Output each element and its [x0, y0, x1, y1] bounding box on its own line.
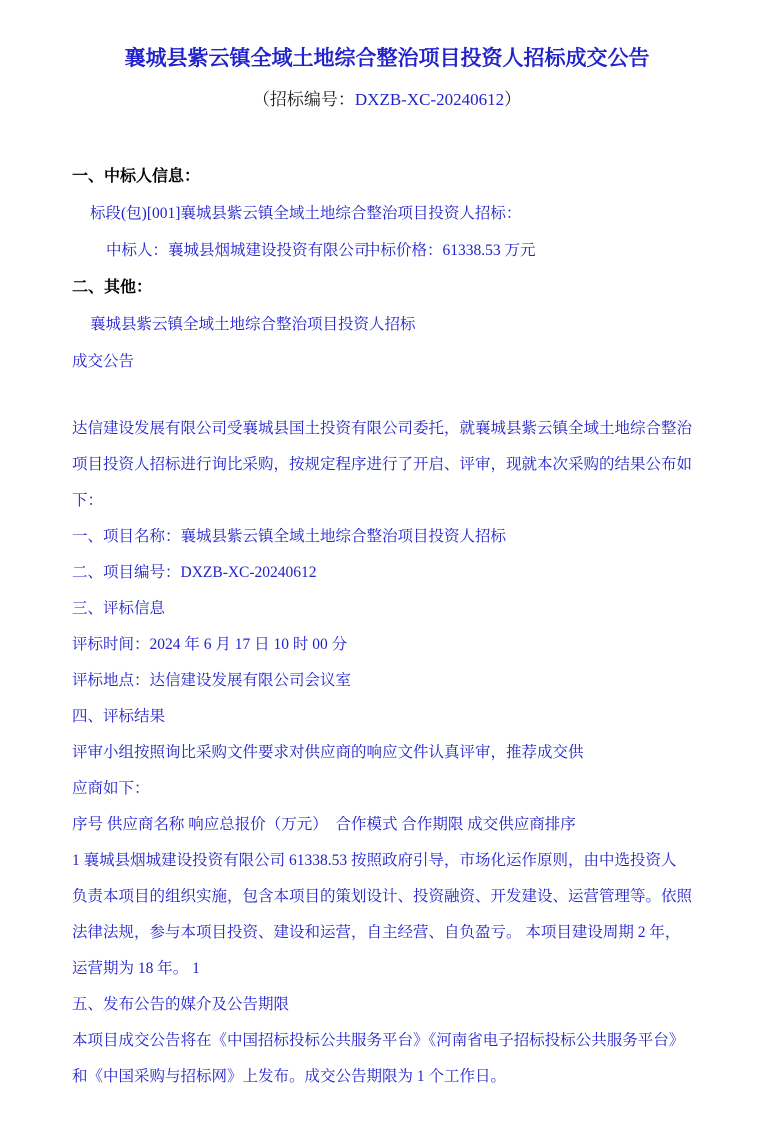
lot-line: 标段(包)[001]襄城县紫云镇全域土地综合整治项目投资人招标：: [90, 203, 521, 225]
tender-number-open-paren: （招标编号：: [253, 90, 355, 109]
other-project-line: 襄城县紫云镇全域土地综合整治项目投资人招标: [90, 314, 416, 336]
winner-name: 中标人：襄城县烟城建设投资有限公司: [106, 242, 370, 259]
document-page: 襄城县紫云镇全域土地综合整治项目投资人招标成交公告 （招标编号：DXZB-XC-…: [0, 0, 774, 1131]
other-notice-line: 成交公告: [72, 351, 134, 373]
announcement-line-project-name: 一、项目名称：襄城县紫云镇全域土地综合整治项目投资人招标: [72, 526, 506, 548]
announcement-line: 负责本项目的组织实施，包含本项目的策划设计、投资融资、开发建设、运营管理等。依照: [72, 886, 692, 908]
section-heading-winner-info: 一、中标人信息：: [72, 166, 200, 188]
announcement-line: 下：: [72, 490, 103, 512]
announcement-line-project-number: 二、项目编号：DXZB-XC-20240612: [72, 562, 317, 584]
tender-number-code: DXZB-XC-20240612: [355, 90, 504, 109]
announcement-line: 项目投资人招标进行询比采购，按规定程序进行了开启、评审，现就本次采购的结果公布如: [72, 454, 692, 476]
announcement-line-supplier-row: 1 襄城县烟城建设投资有限公司 61338.53 按照政府引导，市场化运作原则，…: [72, 850, 677, 872]
winner-line: 中标人：襄城县烟城建设投资有限公司中标价格：61338.53 万元: [106, 240, 370, 262]
announcement-line-evaluation-info: 三、评标信息: [72, 598, 165, 620]
announcement-line: 本项目成交公告将在《中国招标投标公共服务平台》《河南省电子招标投标公共服务平台》: [72, 1030, 684, 1052]
winner-price: 中标价格：61338.53 万元: [365, 240, 536, 262]
document-title: 襄城县紫云镇全域土地综合整治项目投资人招标成交公告: [0, 42, 774, 72]
announcement-line-evaluation-place: 评标地点：达信建设发展有限公司会议室: [72, 670, 351, 692]
announcement-line-evaluation-time: 评标时间：2024 年 6 月 17 日 10 时 00 分: [72, 634, 347, 656]
announcement-line-evaluation-result: 四、评标结果: [72, 706, 165, 728]
announcement-line-supplier-table-header: 序号 供应商名称 响应总报价（万元） 合作模式 合作期限 成交供应商排序: [72, 814, 576, 836]
announcement-line: 达信建设发展有限公司受襄城县国土投资有限公司委托，就襄城县紫云镇全域土地综合整治: [72, 418, 692, 440]
section-heading-other: 二、其他：: [72, 277, 152, 299]
announcement-line-media-heading: 五、发布公告的媒介及公告期限: [72, 994, 289, 1016]
announcement-line: 评审小组按照询比采购文件要求对供应商的响应文件认真评审，推荐成交供: [72, 742, 584, 764]
announcement-line: 运营期为 18 年。 1: [72, 958, 200, 980]
announcement-line: 法律法规，参与本项目投资、建设和运营，自主经营、自负盈亏。 本项目建设周期 2 …: [72, 922, 680, 944]
tender-number-close-paren: ）: [504, 90, 521, 109]
announcement-line: 和《中国采购与招标网》上发布。成交公告期限为 1 个工作日。: [72, 1066, 506, 1088]
announcement-line: 应商如下：: [72, 778, 150, 800]
tender-number-line: （招标编号：DXZB-XC-20240612）: [0, 85, 774, 110]
